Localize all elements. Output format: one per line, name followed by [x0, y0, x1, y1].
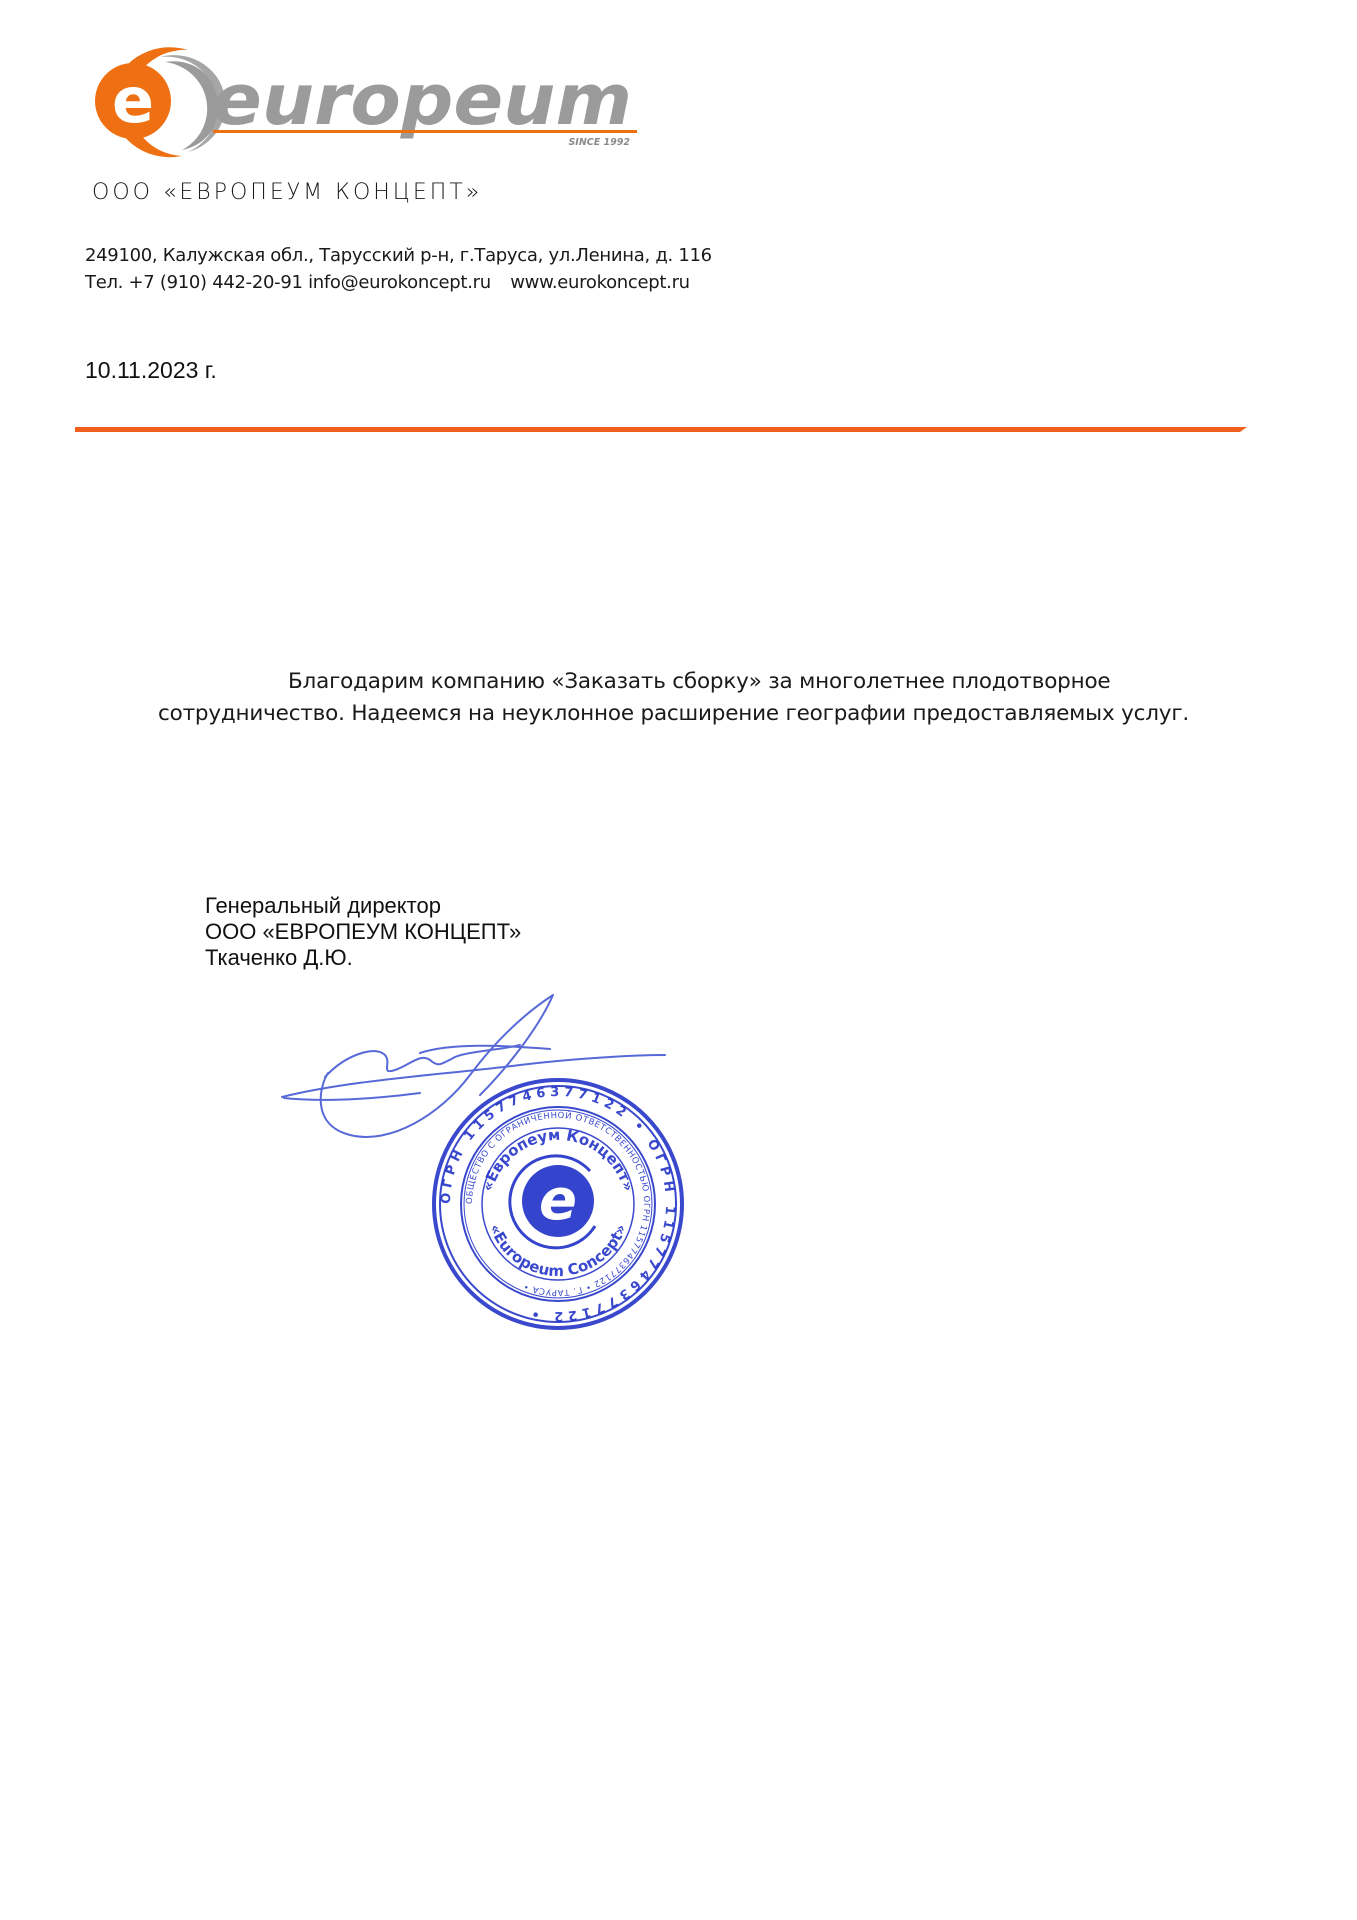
- signatory-block: Генеральный директор ООО «ЕВРОПЕУМ КОНЦЕ…: [205, 893, 521, 971]
- europeum-logo: e europeum SINCE 1992: [70, 40, 650, 165]
- handwritten-signature: [270, 985, 690, 1160]
- letter-date: 10.11.2023 г.: [85, 357, 217, 384]
- company-email[interactable]: info@eurokoncept.ru: [308, 272, 491, 293]
- signatory-position: Генеральный директор: [205, 893, 521, 919]
- signatory-name: Ткаченко Д.Ю.: [205, 945, 521, 971]
- svg-text:e: e: [112, 64, 154, 137]
- logo-tagline: SINCE 1992: [568, 137, 630, 148]
- logo-wordmark: europeum: [212, 59, 632, 141]
- header-divider: [75, 427, 1247, 432]
- company-address: 249100, Калужская обл., Тарусский р-н, г…: [85, 242, 712, 269]
- company-contact-line: Тел. +7 (910) 442-20-91 info@eurokoncept…: [85, 269, 712, 296]
- company-name: ООО «ЕВРОПЕУМ КОНЦЕПТ»: [92, 180, 482, 205]
- logo-underline: [213, 130, 637, 133]
- company-contacts: 249100, Калужская обл., Тарусский р-н, г…: [85, 242, 712, 296]
- letter-body-line-2: сотрудничество. Надеемся на неуклонное р…: [158, 698, 1258, 730]
- letter-body-line-1: Благодарим компанию «Заказать сборку» за…: [158, 666, 1258, 698]
- signatory-company: ООО «ЕВРОПЕУМ КОНЦЕПТ»: [205, 919, 521, 945]
- company-phone: Тел. +7 (910) 442-20-91: [85, 272, 303, 293]
- europeum-emblem-icon: e: [95, 47, 226, 157]
- stamp-emblem-icon: e: [510, 1156, 595, 1248]
- company-website[interactable]: www.eurokoncept.ru: [510, 272, 690, 293]
- letter-body: Благодарим компанию «Заказать сборку» за…: [158, 666, 1258, 730]
- svg-text:e: e: [539, 1168, 577, 1233]
